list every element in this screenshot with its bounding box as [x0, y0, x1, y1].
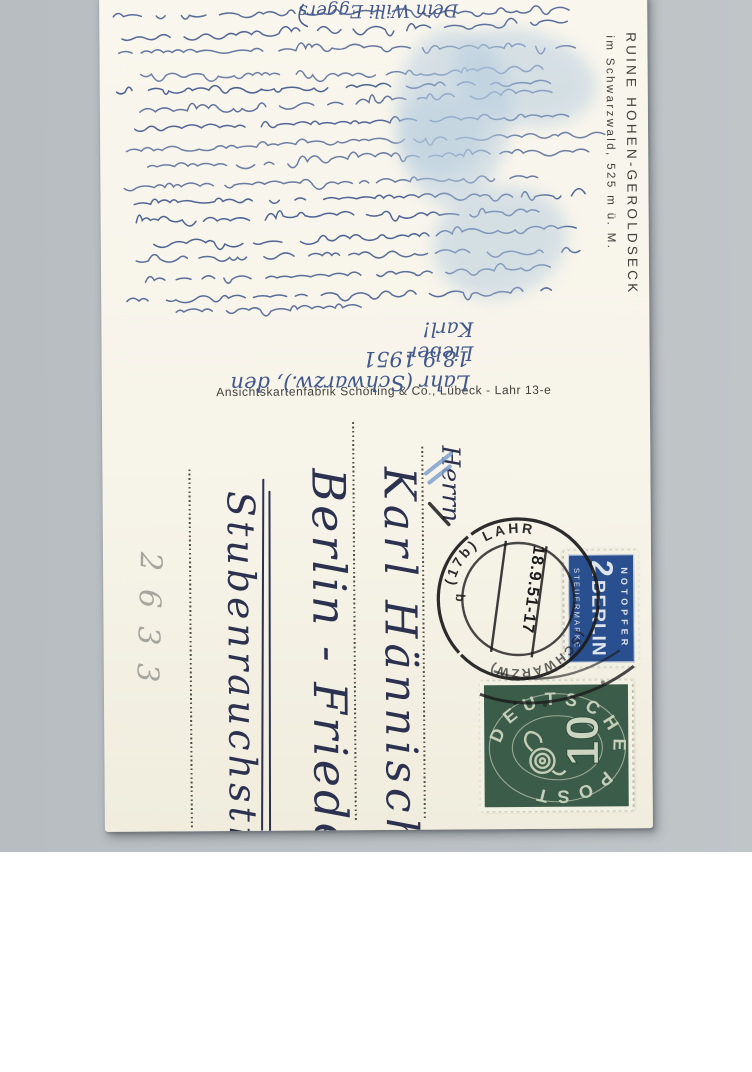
message-dateline: Lahr (Schwarzw.), den 18.9.1951 — [133, 346, 470, 396]
pencil-number: 2633 — [131, 552, 165, 701]
address-city: Berlin - Friedenau — [305, 468, 354, 832]
postmark-date-text: 18.9.51-17 — [518, 544, 548, 635]
postmark-inner-ring — [462, 543, 575, 656]
postcard: Dein Willi Eggers Lieber Karl! Lahr (Sch… — [99, 0, 653, 832]
svg-text:(17b) LAHR: (17b) LAHR — [441, 520, 537, 587]
address-street: Stubenrauchstr. 69 — [222, 491, 263, 832]
posthorn-value: 10 — [556, 715, 608, 767]
postmark: (17b) LAHR (SCHWARZW) 18.9.51-17 b — [422, 500, 653, 714]
address-rule — [188, 469, 192, 827]
scanned-postcard-page: Dein Willi Eggers Lieber Karl! Lahr (Sch… — [0, 0, 752, 1072]
message-signature: Dein Willi Eggers — [292, 0, 464, 22]
handwritten-underline — [268, 491, 270, 832]
cancel-stroke — [430, 503, 449, 524]
postmark-town-text: (17b) LAHR — [441, 520, 537, 587]
address-name: Karl Hännisch — [376, 467, 423, 832]
caption-title: RUINE HOHEN-GEROLDSECK — [624, 32, 639, 295]
postmark-index-letter: b — [453, 593, 469, 602]
